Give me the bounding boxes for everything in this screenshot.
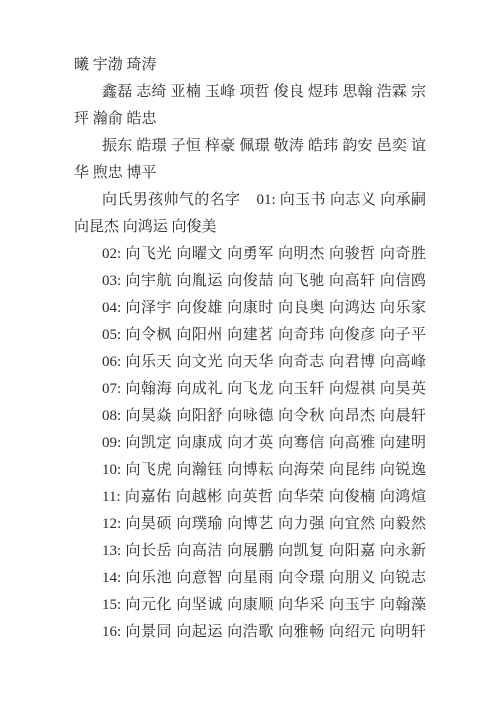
name-group-14: 14: 向乐池 向意智 向星雨 向令璟 向朋义 向锐志 bbox=[74, 565, 426, 592]
name-group-13: 13: 向长岳 向高洁 向展鹏 向凯复 向阳嘉 向永新 bbox=[74, 538, 426, 565]
name-group-04: 04: 向泽宇 向俊雄 向康时 向良奥 向鸿达 向乐家 bbox=[74, 295, 426, 322]
name-group-05: 05: 向令枫 向阳州 向建茗 向奇玮 向俊彦 向子平 bbox=[74, 322, 426, 349]
section-title: 向氏男孩帅气的名字 bbox=[102, 192, 240, 208]
name-group-16: 16: 向景同 向起运 向浩歌 向雅畅 向绍元 向明轩 bbox=[74, 619, 426, 646]
name-group-12: 12: 向昊硕 向璞瑜 向博艺 向力强 向宜然 向毅然 bbox=[74, 511, 426, 538]
names-line-continuation: 玶 瀚俞 皓忠 bbox=[74, 106, 426, 133]
names-line-continuation: 华 煦忠 博平 bbox=[74, 160, 426, 187]
text-content: 曦 宇渤 琦涛 鑫磊 志绮 亚楠 玉峰 项哲 俊良 煜玮 思翰 浩霖 宗 玶 瀚… bbox=[74, 52, 426, 646]
document-page: 曦 宇渤 琦涛 鑫磊 志绮 亚楠 玉峰 项哲 俊良 煜玮 思翰 浩霖 宗 玶 瀚… bbox=[0, 0, 500, 708]
name-group-15: 15: 向元化 向坚诚 向康顺 向华采 向玉宇 向翰藻 bbox=[74, 592, 426, 619]
name-group-09: 09: 向凯定 向康成 向才英 向骞信 向高雅 向建明 bbox=[74, 430, 426, 457]
name-group-01: 01: 向玉书 向志义 向承嗣 bbox=[256, 192, 426, 208]
name-group-02: 02: 向飞光 向曜文 向勇军 向明杰 向骏哲 向奇胜 bbox=[74, 241, 426, 268]
names-paragraph-line: 振东 皓璟 子恒 梓豪 佩璟 敬涛 皓玮 韵安 邑奕 谊 bbox=[74, 133, 426, 160]
names-line-continuation: 曦 宇渤 琦涛 bbox=[74, 52, 426, 79]
name-group-10: 10: 向飞虎 向瀚钰 向博耘 向海荣 向昆纬 向锐逸 bbox=[74, 457, 426, 484]
section-heading-line: 向氏男孩帅气的名字 01: 向玉书 向志义 向承嗣 bbox=[74, 187, 426, 214]
name-group-08: 08: 向昊焱 向阳舒 向咏德 向令秋 向昂杰 向晨轩 bbox=[74, 403, 426, 430]
name-group-03: 03: 向宇航 向胤运 向俊喆 向飞驰 向高轩 向信鸥 bbox=[74, 268, 426, 295]
name-group-07: 07: 向翰海 向成礼 向飞龙 向玉轩 向煜祺 向昊英 bbox=[74, 376, 426, 403]
name-group-06: 06: 向乐天 向文光 向天华 向奇志 向君博 向高峰 bbox=[74, 349, 426, 376]
name-group-11: 11: 向嘉佑 向越彬 向英哲 向华荣 向俊楠 向鸿煊 bbox=[74, 484, 426, 511]
names-paragraph-line: 鑫磊 志绮 亚楠 玉峰 项哲 俊良 煜玮 思翰 浩霖 宗 bbox=[74, 79, 426, 106]
name-group-01-continuation: 向昆杰 向鸿运 向俊美 bbox=[74, 214, 426, 241]
